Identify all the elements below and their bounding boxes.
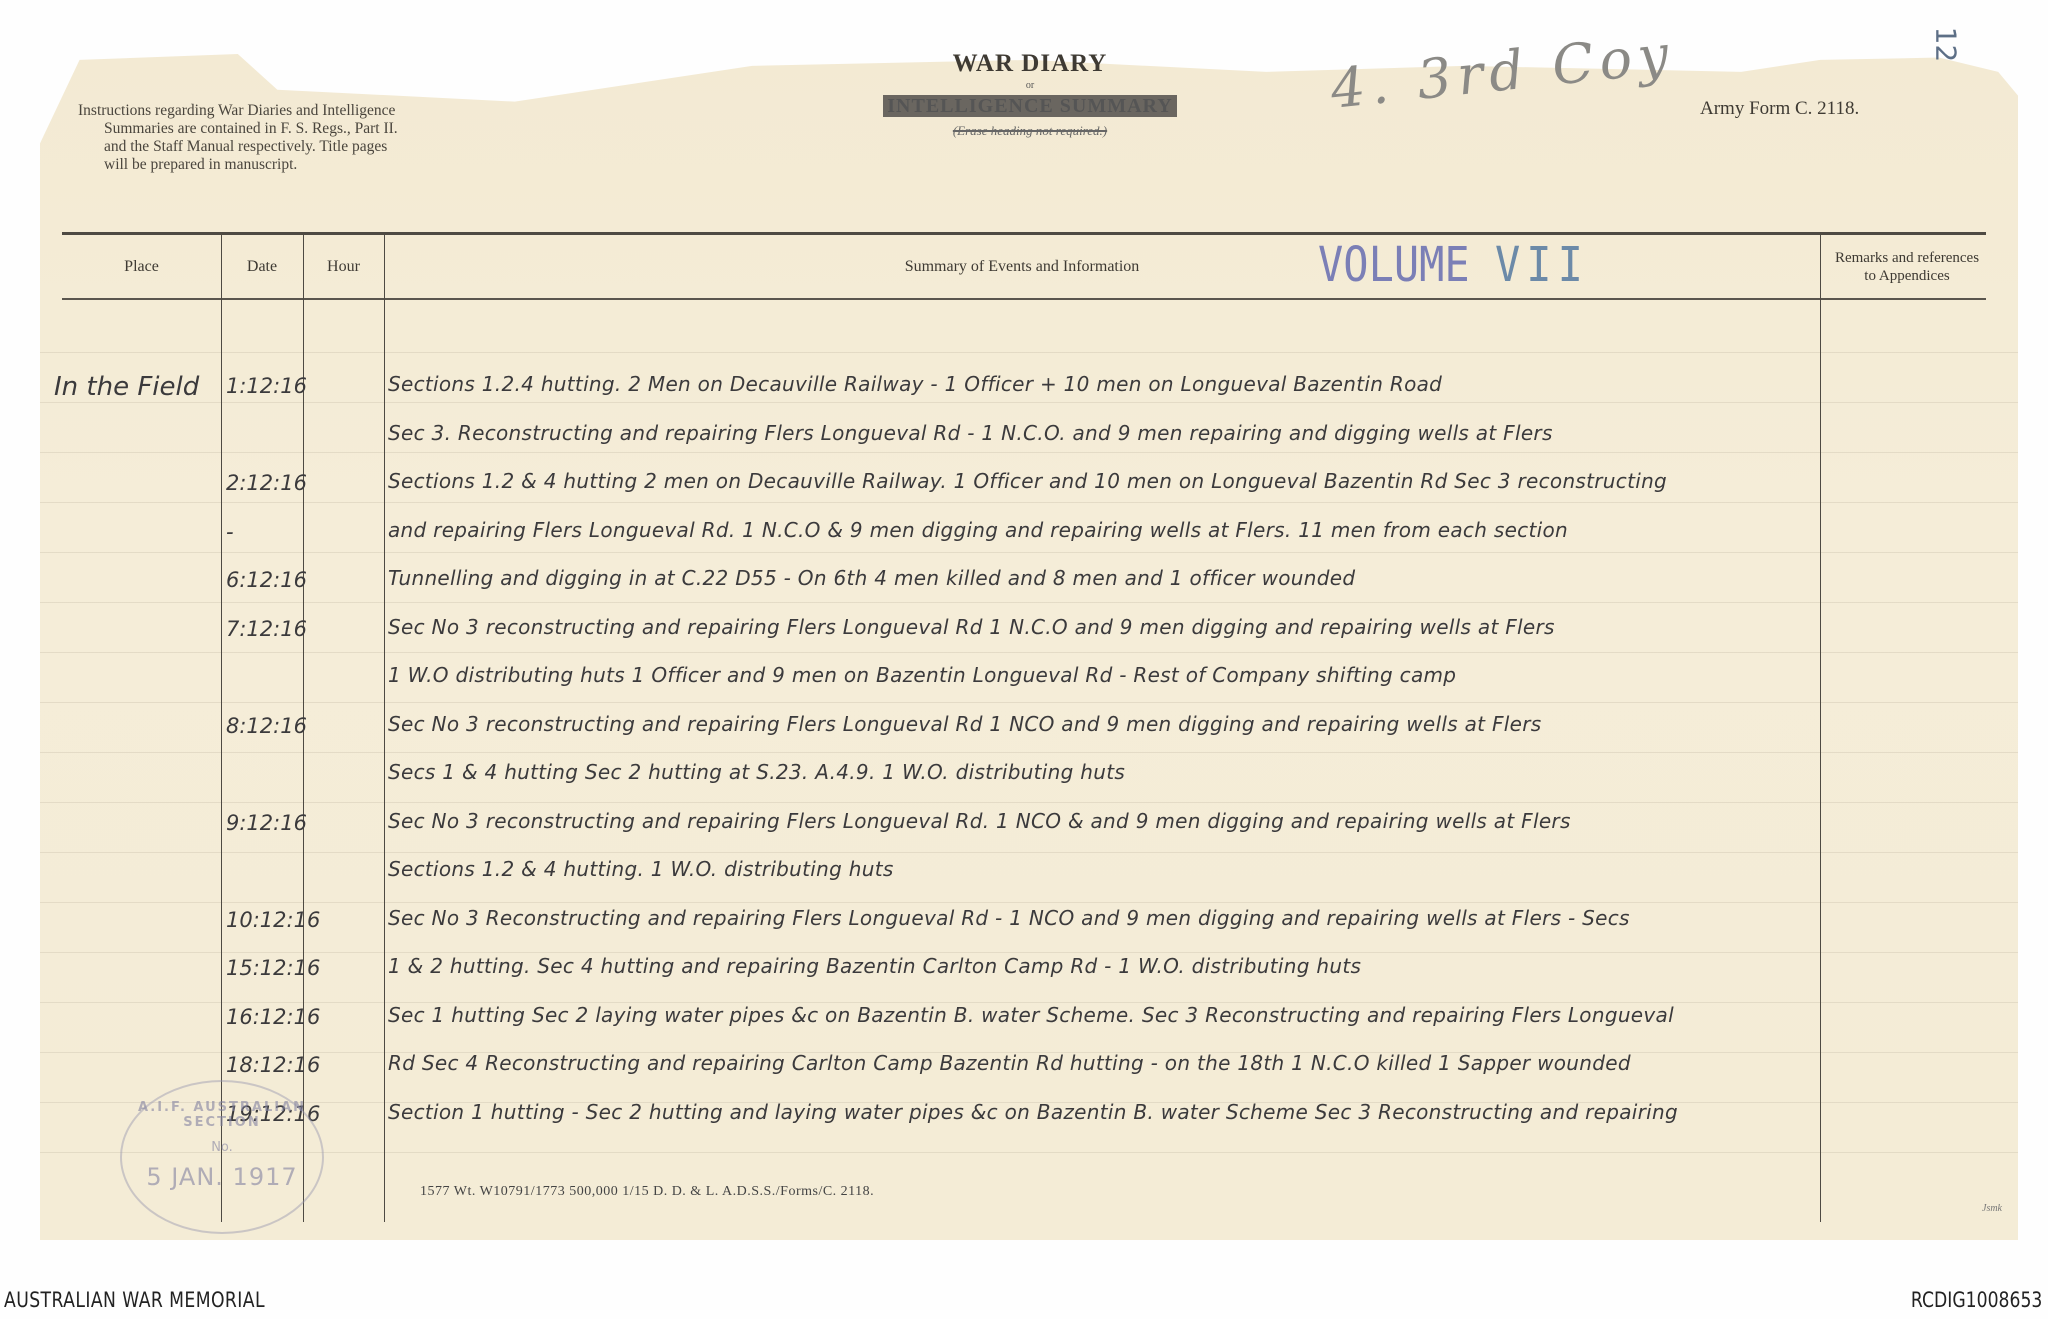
column-divider	[221, 234, 222, 1222]
entry-date: 18:12:16	[226, 1053, 320, 1077]
entry-text: 1 W.O distributing huts 1 Officer and 9 …	[388, 663, 1456, 687]
place-entry: In the Field	[54, 372, 199, 402]
entry-text: Secs 1 & 4 hutting Sec 2 hutting at S.23…	[388, 760, 1125, 784]
entry-text: and repairing Flers Longueval Rd. 1 N.C.…	[388, 518, 1568, 542]
instructions-line: will be prepared in manuscript.	[78, 156, 538, 174]
column-divider	[384, 234, 385, 1222]
entry-date: 7:12:16	[226, 617, 307, 641]
struck-subheading: (Erase heading not required.)	[770, 123, 1290, 139]
volume-stamp: VOLUME VII	[1318, 236, 1589, 292]
column-header-date: Date	[221, 236, 303, 298]
entry-text: Sections 1.2 & 4 hutting 2 men on Decauv…	[388, 469, 1667, 493]
entry-date: -	[226, 520, 234, 544]
entry-date: 8:12:16	[226, 714, 307, 738]
column-header-hour: Hour	[303, 236, 384, 298]
footer-institution: AUSTRALIAN WAR MEMORIAL	[4, 1288, 265, 1312]
entry-date: 16:12:16	[226, 1005, 320, 1029]
receipt-stamp-arc: A.I.F. AUSTRALIAN SECTION	[122, 1100, 322, 1130]
entry-date: 15:12:16	[226, 956, 320, 980]
entry-date: 6:12:16	[226, 568, 307, 592]
entry-text: Sec No 3 reconstructing and repairing Fl…	[388, 615, 1555, 639]
volume-stamp-label: VOLUME	[1318, 236, 1470, 292]
column-header-remarks: Remarks and references to Appendices	[1832, 236, 1982, 298]
instructions-line: Summaries are contained in F. S. Regs., …	[78, 120, 538, 138]
army-form-label: Army Form C. 2118.	[1700, 98, 1859, 120]
entry-text: Sections 1.2 & 4 hutting. 1 W.O. distrib…	[388, 857, 894, 881]
entry-text: Rd Sec 4 Reconstructing and repairing Ca…	[388, 1051, 1631, 1075]
receipt-stamp-date: 5 JAN. 1917	[122, 1163, 322, 1191]
entry-text: Tunnelling and digging in at C.22 D55 - …	[388, 566, 1355, 590]
table-top-rule	[62, 232, 1986, 235]
receipt-stamp: A.I.F. AUSTRALIAN SECTION No. 5 JAN. 191…	[120, 1080, 324, 1234]
column-divider	[1820, 234, 1821, 1222]
struck-heading: INTELLIGENCE SUMMARY	[883, 95, 1176, 117]
footer-record-id: RCDIG1008653	[1910, 1288, 2042, 1312]
column-header-place: Place	[62, 236, 221, 298]
entry-text: Sec No 3 Reconstructing and repairing Fl…	[388, 906, 1630, 930]
column-header-summary: Summary of Events and Information	[682, 236, 1362, 298]
print-code: 1577 Wt. W10791/1773 500,000 1/15 D. D. …	[420, 1184, 874, 1200]
entry-date: 9:12:16	[226, 811, 307, 835]
entry-date: 2:12:16	[226, 471, 307, 495]
entry-text: 1 & 2 hutting. Sec 4 hutting and repairi…	[388, 954, 1361, 978]
receipt-stamp-no: No.	[122, 1140, 322, 1155]
document-title: WAR DIARY	[770, 50, 1290, 78]
entry-date: 10:12:16	[226, 908, 320, 932]
instructions-line: Instructions regarding War Diaries and I…	[78, 102, 538, 120]
entry-text: Section 1 hutting - Sec 2 hutting and la…	[388, 1100, 1678, 1124]
title-block: WAR DIARY or INTELLIGENCE SUMMARY (Erase…	[770, 50, 1290, 139]
entry-text: Sec No 3 reconstructing and repairing Fl…	[388, 809, 1571, 833]
entry-text: Sec 3. Reconstructing and repairing Fler…	[388, 421, 1553, 445]
instructions-text: Instructions regarding War Diaries and I…	[78, 102, 538, 174]
instructions-line: and the Staff Manual respectively. Title…	[78, 138, 538, 156]
volume-stamp-number: VII	[1495, 236, 1589, 292]
or-label: or	[770, 80, 1290, 91]
entry-text: Sections 1.2.4 hutting. 2 Men on Decauvi…	[388, 372, 1442, 396]
entry-text: Sec 1 hutting Sec 2 laying water pipes &…	[388, 1003, 1674, 1027]
initials: Jsmk	[1982, 1203, 2002, 1214]
page-number: 12	[1929, 27, 1962, 63]
table-header-rule	[62, 298, 1986, 300]
entry-date: 1:12:16	[226, 374, 307, 398]
entry-text: Sec No 3 reconstructing and repairing Fl…	[388, 712, 1541, 736]
